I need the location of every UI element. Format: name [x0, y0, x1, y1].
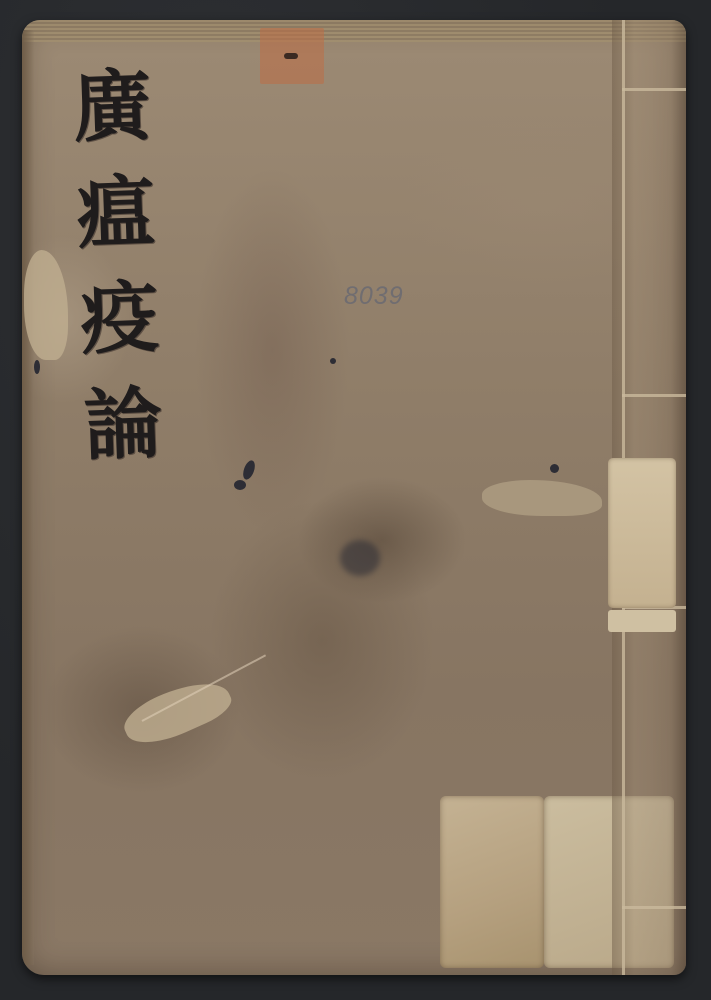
- ink-dot: [34, 360, 40, 374]
- stitch: [622, 394, 686, 397]
- ink-blot: [234, 480, 246, 490]
- worn-patch: [118, 670, 236, 755]
- spine-label-strip: [608, 610, 676, 632]
- stitch: [622, 88, 686, 91]
- stitch: [622, 906, 686, 909]
- worn-patch: [482, 480, 602, 516]
- ink-dot: [330, 358, 336, 364]
- library-seal-stamp: [260, 28, 324, 84]
- repair-patch: [440, 796, 544, 968]
- stamp-mark: [284, 53, 298, 59]
- ink-mark: [550, 464, 559, 473]
- ink-smudge: [340, 540, 380, 576]
- book-cover: 廣瘟疫論 8039: [22, 20, 686, 975]
- book-title: 廣瘟疫論: [65, 64, 158, 490]
- ink-blot: [241, 459, 257, 481]
- spine-label: [608, 458, 676, 608]
- page-edges-top: [22, 20, 686, 42]
- catalog-number: 8039: [344, 282, 404, 311]
- cover-left-edge: [22, 30, 34, 965]
